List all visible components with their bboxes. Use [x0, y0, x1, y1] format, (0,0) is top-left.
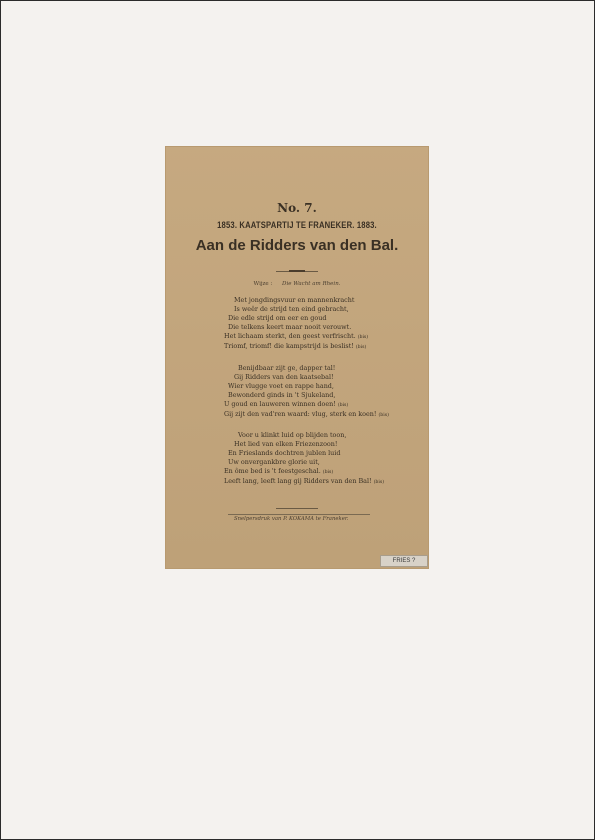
stanza-2: Benijdbaar zijt ge, dapper tal! Gij Ridd… — [224, 364, 424, 420]
verse-line: Gij zijt den vad'ren waard: vlug, sterk … — [224, 410, 424, 420]
verse-line: Uw onvergankbre glorie uit, — [224, 458, 424, 467]
divider-accent — [289, 270, 305, 272]
verse-line: Benijdbaar zijt ge, dapper tal! — [224, 364, 424, 373]
verse-line: Gij Ridders van den kaatsebal! — [224, 373, 424, 382]
verse-line: Het lied van elken Friezenzoon! — [224, 440, 424, 449]
verse-line: Voor u klinkt luid op blijden toon, — [224, 431, 424, 440]
verse-line: Het lichaam sterkt, den geest verfrischt… — [224, 332, 424, 342]
repeat-marker: (bis) — [379, 413, 389, 418]
repeat-marker: (bis) — [358, 335, 368, 340]
verse-line: Is weêr de strijd ten eind gebracht, — [224, 305, 424, 314]
verse-line: Triomf, triomf! die kampstrijd is beslis… — [224, 342, 424, 352]
verse-line: Bewonderd ginds in 't Sjukeland, — [224, 391, 424, 400]
tune-name: Die Wacht am Rhein. — [282, 281, 340, 287]
verse-line: En Frieslands dochtren jublen luid — [224, 449, 424, 458]
collection-label: FRIES ? — [380, 555, 428, 567]
sheet-subtitle: 1853. KAATSPARTIJ TE FRANEKER. 1883. — [186, 220, 409, 230]
sheet-title: Aan de Ridders van den Bal. — [166, 237, 428, 254]
divider — [228, 514, 370, 515]
verse-line: Wier vlugge voet en rappe hand, — [224, 382, 424, 391]
stanza-3: Voor u klinkt luid op blijden toon, Het … — [224, 431, 424, 487]
tune-line: Wijze : Die Wacht am Rhein. — [166, 281, 428, 287]
verse-line: U goud en lauweren winnen doen! (bis) — [224, 400, 424, 410]
repeat-marker: (bis) — [374, 480, 384, 485]
verse-line: Die edle strijd om eer en goud — [224, 314, 424, 323]
repeat-marker: (bis) — [338, 403, 348, 408]
sheet-number: No. 7. — [166, 201, 428, 215]
verse-line: En ôme bed is 't feestgeschal. (bis) — [224, 467, 424, 477]
verse-line: Die telkens keert maar nooit verouwt. — [224, 323, 424, 332]
verse-line: Met jongdingsvuur en mannenkracht — [224, 296, 424, 305]
verse-line: Leeft lang, leeft lang gij Ridders van d… — [224, 477, 424, 487]
repeat-marker: (bis) — [356, 345, 366, 350]
stanza-1: Met jongdingsvuur en mannenkracht Is weê… — [224, 296, 424, 352]
printer-imprint: Snelpersdruk van P. KOKAMA te Franeker. — [234, 516, 348, 522]
divider — [276, 508, 318, 509]
repeat-marker: (bis) — [323, 470, 333, 475]
printed-sheet: No. 7. 1853. KAATSPARTIJ TE FRANEKER. 18… — [166, 147, 428, 568]
tune-label: Wijze : — [254, 281, 273, 287]
